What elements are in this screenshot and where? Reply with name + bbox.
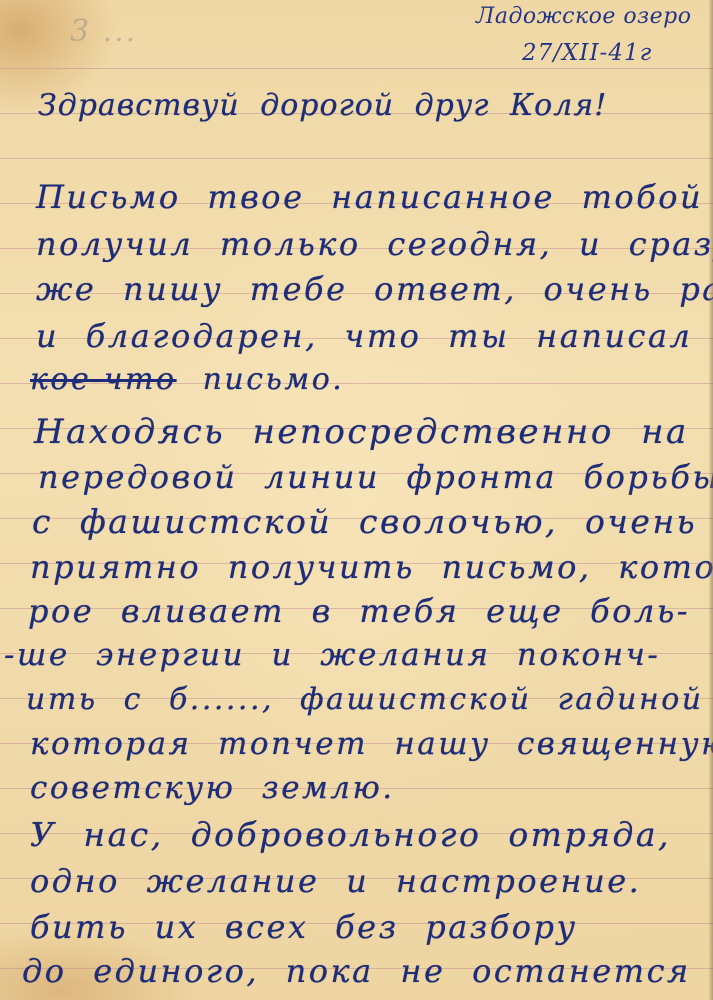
letter-line: Находясь непосредственно на [34, 412, 689, 452]
letter-place: Ладожское озеро [476, 4, 691, 29]
letter-line-text: письмо. [203, 362, 345, 397]
letter-line: получил только сегодня, и сразу [36, 225, 713, 263]
letter-line: бить их всех без разбору [30, 908, 578, 946]
letter-line: рое вливает в тебя еще боль- [28, 592, 690, 630]
letter-page: 3 ... Ладожское озеро 27/XII-41г Здравст… [0, 0, 713, 1000]
letter-line-with-strikeout: кое-что письмо. [30, 362, 344, 397]
letter-line: У нас, добровольного отряда, [30, 815, 671, 854]
letter-line: приятно получить письмо, кото- [30, 548, 713, 586]
ruled-line [0, 68, 713, 69]
letter-line: Письмо твое написанное тобой 24/X. [36, 178, 713, 216]
letter-line: одно желание и настроение. [30, 862, 641, 900]
ruled-line [0, 158, 713, 159]
letter-line: которая топчет нашу священную [30, 726, 713, 762]
letter-date: 27/XII-41г [522, 40, 652, 66]
letter-line: -ше энергии и желания поконч- [4, 637, 660, 673]
letter-line: же пишу тебе ответ, очень рад [36, 270, 713, 308]
letter-line: советскую землю. [30, 770, 395, 806]
letter-line: передовой линии фронта борьбы [38, 458, 713, 496]
letter-line: с фашистской сволочью, очень [32, 502, 697, 541]
struck-out-text: кое-что [30, 362, 177, 397]
letter-line: и благодарен, что ты написал [36, 317, 692, 355]
letter-line: ить с б......, фашистской гадиной [26, 682, 704, 717]
bleed-through-text: 3 ... [70, 14, 137, 49]
letter-line: до единого, пока не останется [22, 952, 691, 990]
letter-greeting: Здравствуй дорогой друг Коля! [38, 88, 607, 123]
